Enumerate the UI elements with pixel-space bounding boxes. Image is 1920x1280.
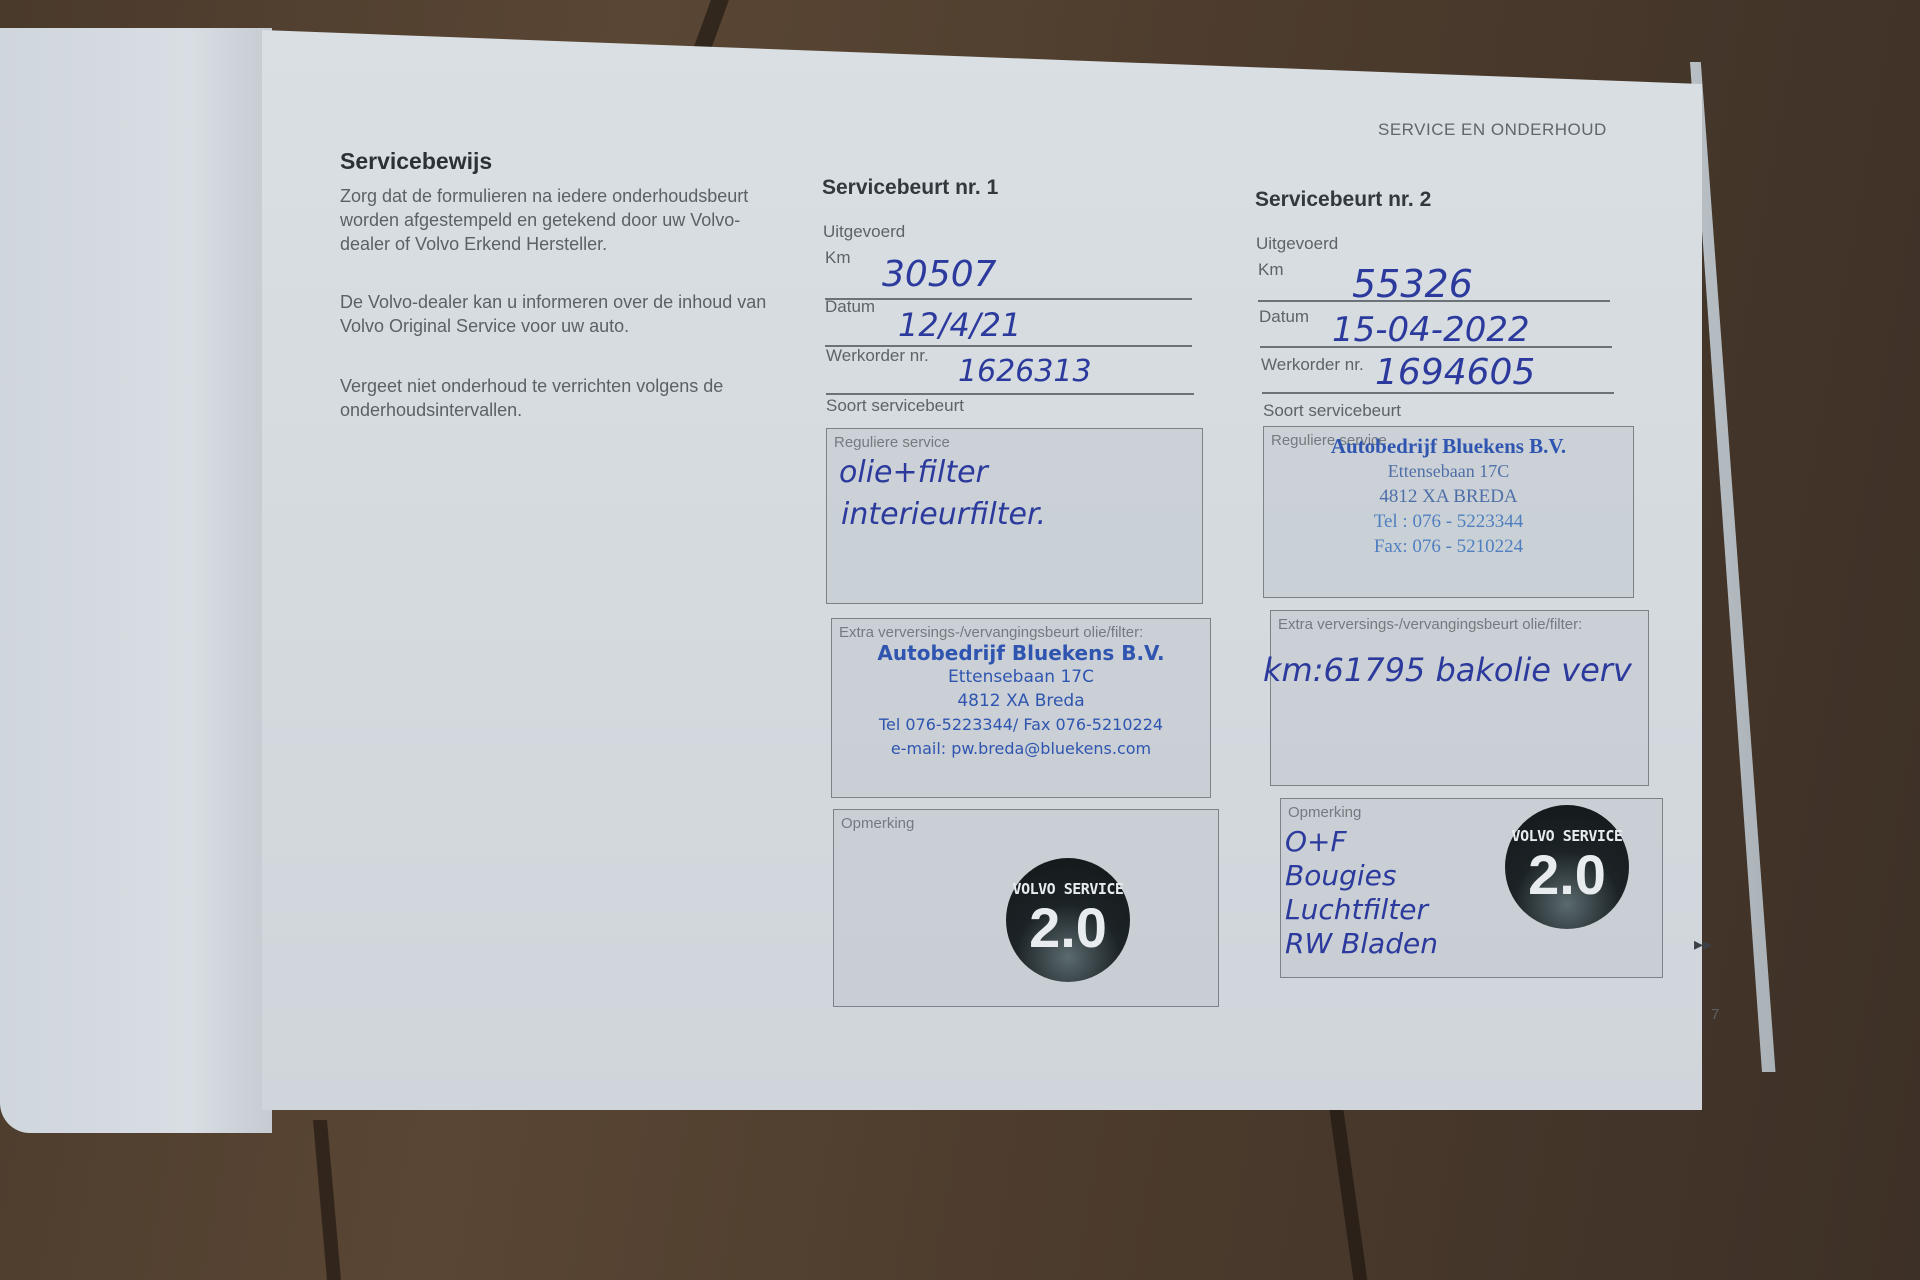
note-line: Luchtfilter xyxy=(1285,893,1428,927)
note-line: RW Bladen xyxy=(1285,927,1438,961)
extra-label: Extra verversings-/vervangingsbeurt olie… xyxy=(839,624,1143,641)
stamp-street: Ettensebaan 17C xyxy=(1264,459,1633,484)
opmerking-box-2: Opmerking O+F Bougies Luchtfilter RW Bla… xyxy=(1280,798,1663,978)
intro-paragraph-1: Zorg dat de formulieren na iedere onderh… xyxy=(340,184,770,256)
stamp-city: 4812 XA BREDA xyxy=(1264,484,1633,509)
opmerking-label: Opmerking xyxy=(1288,804,1361,821)
note-line: O+F xyxy=(1285,825,1347,859)
extra-service-box-1: Extra verversings-/vervangingsbeurt olie… xyxy=(831,618,1211,798)
servicebewijs-heading: Servicebewijs xyxy=(340,148,492,175)
km-line xyxy=(825,298,1192,300)
service-1-werkorder: 1626313 xyxy=(958,354,1092,389)
service-1-title: Servicebeurt nr. 1 xyxy=(822,176,998,200)
stamp-street: Ettensebaan 17C xyxy=(832,665,1210,689)
badge-version: 2.0 xyxy=(1006,898,1130,958)
stamp-phone: Tel 076-5223344/ Fax 076-5210224 xyxy=(832,713,1210,737)
note-line: olie+filter xyxy=(839,455,988,490)
stamp-dealer-name: Autobedrijf Bluekens B.V. xyxy=(1264,433,1633,459)
datum-label: Datum xyxy=(1259,307,1309,327)
extra-label: Extra verversings-/vervangingsbeurt olie… xyxy=(1278,616,1582,633)
stamp-city: 4812 XA Breda xyxy=(832,689,1210,713)
werkorder-line xyxy=(826,393,1194,395)
service-1-km: 30507 xyxy=(882,254,997,295)
note-line: Bougies xyxy=(1285,859,1396,893)
volvo-service-badge: VOLVO SERVICE 2.0 xyxy=(1006,858,1130,982)
continue-arrows-icon: ▸▸ xyxy=(1694,934,1712,955)
intro-paragraph-2: De Volvo-dealer kan u informeren over de… xyxy=(340,290,770,338)
stamp-phone: Tel : 076 - 5223344 xyxy=(1264,509,1633,534)
werkorder-label: Werkorder nr. xyxy=(1261,355,1364,375)
opmerking-label: Opmerking xyxy=(841,815,914,832)
uitgevoerd-label: Uitgevoerd xyxy=(823,222,905,242)
km-label: Km xyxy=(825,248,851,268)
reguliere-service-box-2: Reguliere service Autobedrijf Bluekens B… xyxy=(1263,426,1634,598)
intro-paragraph-3: Vergeet niet onderhoud te verrichten vol… xyxy=(340,374,770,422)
note-line: interieurfilter. xyxy=(841,497,1046,532)
soort-label: Soort servicebeurt xyxy=(826,396,964,416)
stamp-email: e-mail: pw.breda@bluekens.com xyxy=(832,737,1210,761)
page-stack-edge xyxy=(1690,62,1780,1072)
extra-service-box-2: Extra verversings-/vervangingsbeurt olie… xyxy=(1270,610,1649,786)
dealer-stamp: Autobedrijf Bluekens B.V. Ettensebaan 17… xyxy=(1264,433,1633,559)
datum-label: Datum xyxy=(825,297,875,317)
service-booklet: Servicebewijs Zorg dat de formulieren na… xyxy=(0,0,1920,1280)
datum-line xyxy=(1260,346,1612,348)
werkorder-label: Werkorder nr. xyxy=(826,346,929,366)
left-page xyxy=(0,28,272,1133)
reguliere-service-box-1: Reguliere service olie+filter interieurf… xyxy=(826,428,1203,604)
extra-note: km:61795 bakolie verv xyxy=(1263,651,1632,689)
service-1-datum: 12/4/21 xyxy=(898,306,1021,344)
dealer-stamp: Autobedrijf Bluekens B.V. Ettensebaan 17… xyxy=(832,641,1210,761)
service-2-werkorder: 1694605 xyxy=(1375,352,1535,393)
soort-label: Soort servicebeurt xyxy=(1263,401,1401,421)
service-2-datum: 15-04-2022 xyxy=(1332,310,1530,350)
km-line xyxy=(1258,300,1610,302)
service-2-title: Servicebeurt nr. 2 xyxy=(1255,188,1431,212)
page-number: 7 xyxy=(1711,1006,1719,1023)
badge-version: 2.0 xyxy=(1505,845,1629,905)
section-header: SERVICE EN ONDERHOUD xyxy=(1378,120,1607,140)
werkorder-line xyxy=(1262,392,1614,394)
stamp-fax: Fax: 076 - 5210224 xyxy=(1264,534,1633,559)
stamp-dealer-name: Autobedrijf Bluekens B.V. xyxy=(832,641,1210,665)
reguliere-label: Reguliere service xyxy=(834,434,950,451)
km-label: Km xyxy=(1258,260,1284,280)
uitgevoerd-label: Uitgevoerd xyxy=(1256,234,1338,254)
volvo-service-badge: VOLVO SERVICE 2.0 xyxy=(1505,805,1629,929)
opmerking-box-1: Opmerking VOLVO SERVICE 2.0 xyxy=(833,809,1219,1007)
